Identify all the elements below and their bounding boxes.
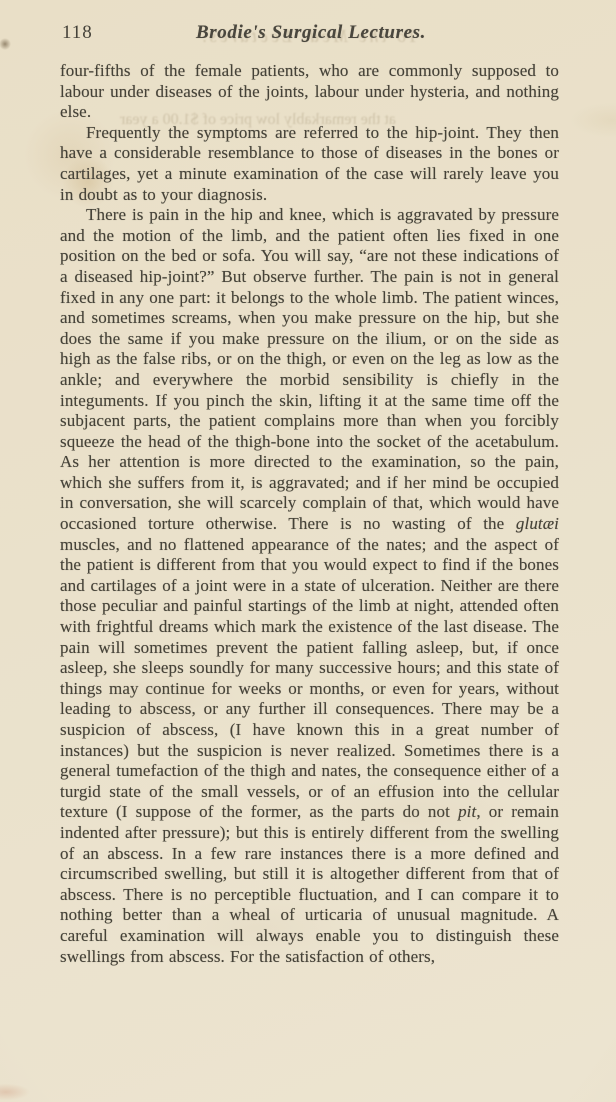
paragraph-text-segment: , or remain indented after pressure); bu…: [60, 802, 559, 965]
page: To the Med. Lectures. at the remarkably …: [0, 0, 616, 1102]
body-text: four-fifths of the female patients, who …: [60, 61, 559, 967]
paragraph-pain-description: There is pain in the hip and knee, which…: [60, 205, 559, 967]
running-head-title: Brodie's Surgical Lectures.: [62, 22, 560, 44]
latin-term-glutaei: glutæi: [516, 514, 559, 533]
paragraph-text-segment: There is pain in the hip and knee, which…: [60, 205, 559, 533]
paragraph-symptoms: Frequently the symptoms are referred to …: [60, 123, 559, 205]
paragraph-text-segment: muscles, and no flattened appearance of …: [60, 535, 559, 822]
page-header: 118 Brodie's Surgical Lectures.: [62, 22, 560, 48]
emphasized-word-pit: pit: [458, 802, 476, 821]
scanned-book-page: { "page": { "number": "118", "running_he…: [0, 0, 616, 1102]
paragraph-continuation: four-fifths of the female patients, who …: [60, 61, 559, 123]
